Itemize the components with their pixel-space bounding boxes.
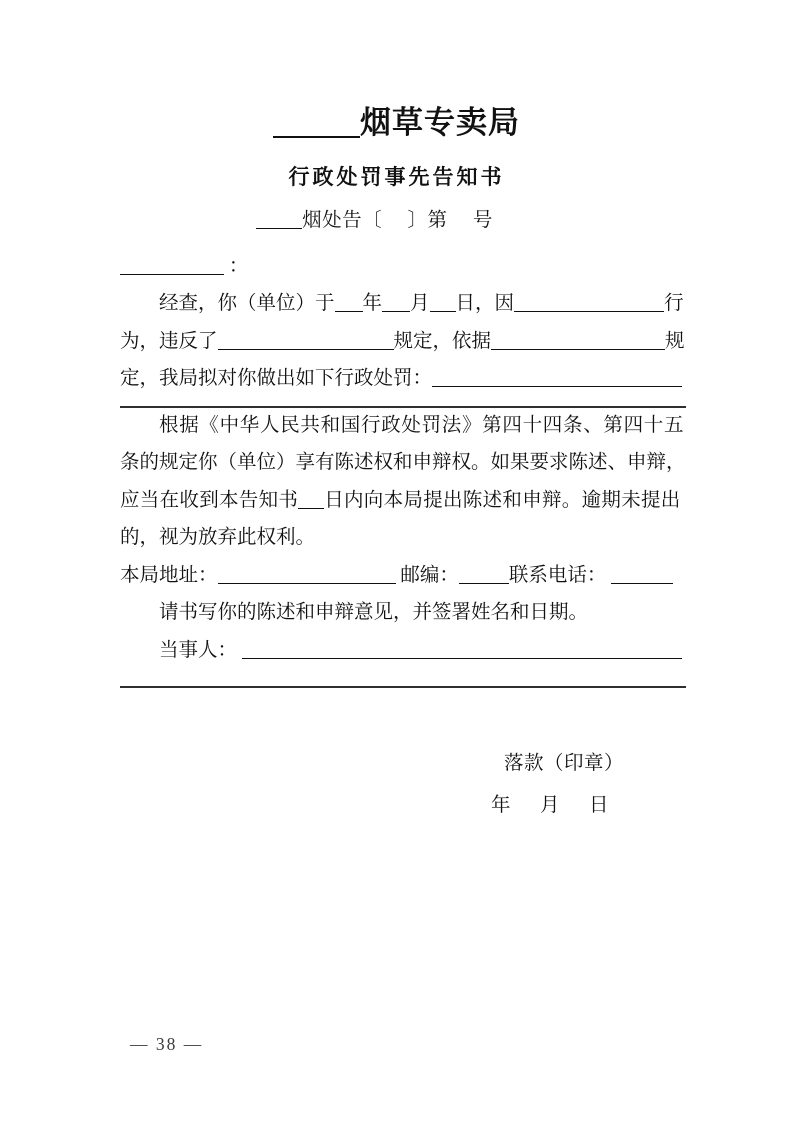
- para1-line2: 为，违反了规定，依据规: [120, 323, 686, 360]
- blank-field: [273, 135, 360, 138]
- blank-field: [514, 310, 664, 312]
- text-segment: 日内向本局提出陈述和申辩。逾期未提出: [324, 490, 680, 511]
- text-segment: 经查，你（单位）于: [159, 293, 335, 314]
- text-segment: 条的规定你（单位）享有陈述权和申辩权。如果要求陈述、申辩，: [120, 452, 686, 473]
- text-segment: 应当在收到本告知书: [120, 490, 298, 511]
- document-title: 烟草专卖局: [0, 102, 793, 144]
- page-number: — 38 —: [130, 1034, 203, 1055]
- blank-field: [382, 310, 410, 312]
- document-number-line: 烟处告〔 〕第 号: [0, 207, 771, 235]
- text-segment: 规定，依据: [394, 331, 492, 352]
- document-subtitle: 行政处罚事先告知书: [0, 164, 793, 192]
- text-segment: 邮编：: [396, 565, 459, 586]
- text-segment: 月: [410, 293, 430, 314]
- para2-line1: 根据《中华人民共和国行政处罚法》第四十四条、第四十五: [120, 407, 686, 444]
- notice-body-bottom: 根据《中华人民共和国行政处罚法》第四十四条、第四十五 条的规定你（单位）享有陈述…: [120, 407, 686, 669]
- text-segment: 请书写你的陈述和申辩意见，并签署姓名和日期。: [159, 602, 588, 623]
- divider-line-bottom: [120, 686, 686, 688]
- blank-field: [298, 507, 324, 509]
- text-segment: 定，我局拟对你做出如下行政处罚：: [120, 368, 432, 389]
- blank-field: [256, 227, 302, 229]
- blank-field: [430, 310, 456, 312]
- address-line: 本局地址： 邮编：联系电话：: [120, 557, 686, 594]
- signature-seal-label: 落款（印章）: [504, 747, 624, 775]
- text-segment: 本局地址：: [120, 565, 218, 586]
- text-segment: 规: [665, 331, 685, 352]
- text-segment: 日，因: [456, 293, 515, 314]
- signature-date-line: 年 月 日: [491, 789, 614, 817]
- text-segment: 根据《中华人民共和国行政处罚法》第四十四条、第四十五: [159, 415, 684, 436]
- para2-line3: 应当在收到本告知书日内向本局提出陈述和申辩。逾期未提出: [120, 482, 686, 519]
- statement-note-line: 请书写你的陈述和申辩意见，并签署姓名和日期。: [120, 594, 686, 631]
- para1-line1: 经查，你（单位）于年月日，因行: [120, 285, 686, 322]
- blank-field: [242, 657, 682, 659]
- text-segment: 联系电话：: [509, 565, 607, 586]
- para1-line3: 定，我局拟对你做出如下行政处罚：: [120, 360, 686, 397]
- text-segment: 烟草专卖局: [360, 105, 520, 140]
- blank-field: [120, 273, 224, 275]
- text-segment: 行: [664, 293, 684, 314]
- blank-field: [459, 582, 509, 584]
- text-segment: 当事人：: [159, 640, 237, 661]
- blank-field: [218, 348, 394, 350]
- text-segment: 烟处告〔 〕第 号: [302, 210, 493, 231]
- text-segment: ：: [224, 256, 248, 277]
- notice-body-top: ： 经查，你（单位）于年月日，因行 为，违反了规定，依据规 定，我局拟对你做出如…: [120, 248, 686, 398]
- blank-field: [218, 582, 396, 584]
- salutation-line: ：: [120, 248, 686, 285]
- blank-field: [611, 582, 673, 584]
- party-signature-line: 当事人：: [120, 632, 686, 669]
- text-segment: 为，违反了: [120, 331, 218, 352]
- blank-field: [432, 385, 682, 387]
- document-page: 烟草专卖局 行政处罚事先告知书 烟处告〔 〕第 号 ： 经查，你（单位）于年月日…: [0, 0, 793, 1122]
- blank-field: [491, 348, 665, 350]
- text-segment: 的，视为放弃此权利。: [120, 527, 315, 548]
- para2-line2: 条的规定你（单位）享有陈述权和申辩权。如果要求陈述、申辩，: [120, 444, 686, 481]
- text-segment: 年: [363, 293, 383, 314]
- blank-field: [335, 310, 363, 312]
- para2-line4: 的，视为放弃此权利。: [120, 519, 686, 556]
